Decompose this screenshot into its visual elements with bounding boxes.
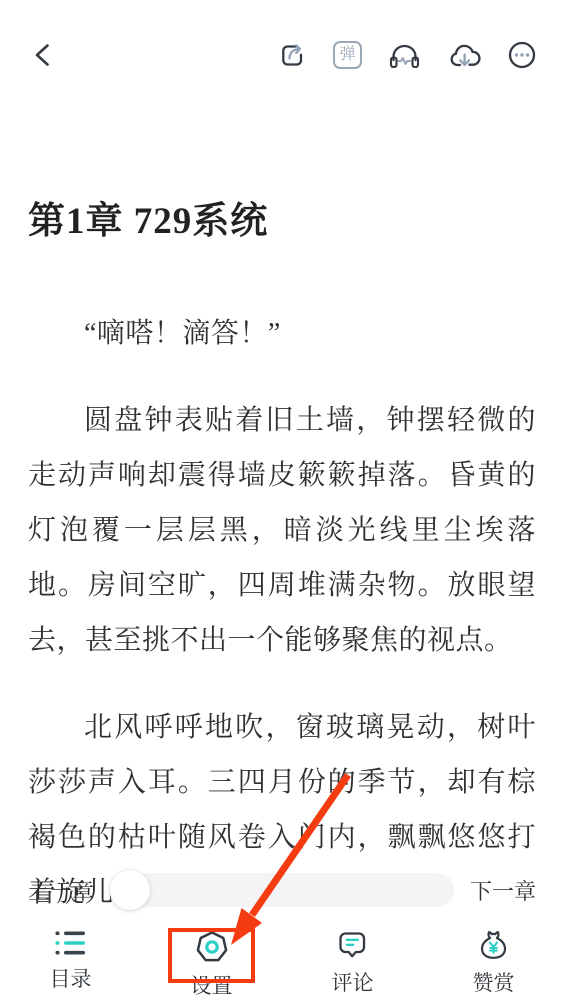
download-button[interactable]	[447, 40, 482, 71]
download-cloud-icon	[447, 40, 482, 71]
top-toolbar: 弹	[0, 34, 564, 76]
nav-label-reward: 赞赏	[473, 967, 515, 997]
chapter-title: 第1章 729系统	[28, 190, 536, 244]
more-ellipsis-icon	[506, 39, 538, 71]
toc-list-icon	[54, 930, 88, 957]
nav-item-settings[interactable]: 设置	[141, 922, 282, 996]
slider-thumb[interactable]	[110, 870, 150, 910]
comments-bubble-icon	[336, 930, 369, 961]
toolbar-actions: 弹	[276, 39, 538, 72]
nav-label-comments: 评论	[332, 967, 374, 997]
reader-content: 第1章 729系统 “嘀嗒！滴答！” 圆盘钟表贴着旧土墙，钟摆轻微的走动声响却震…	[28, 190, 536, 952]
listen-button[interactable]	[386, 39, 423, 71]
share-button[interactable]	[276, 39, 309, 72]
more-button[interactable]	[506, 39, 538, 71]
listen-headphones-icon	[386, 39, 423, 71]
share-icon	[276, 39, 309, 72]
nav-item-toc[interactable]: 目录	[0, 922, 141, 996]
paragraph: “嘀嗒！滴答！”	[28, 306, 536, 361]
reward-moneybag-icon	[477, 930, 510, 961]
progress-slider[interactable]	[110, 873, 454, 907]
bottom-nav-bar: 目录 设置 评论	[0, 922, 564, 996]
next-chapter-button[interactable]: 下一章	[470, 875, 536, 906]
danmaku-toggle-icon: 弹	[333, 41, 362, 69]
settings-gear-icon	[195, 930, 229, 964]
nav-item-comments[interactable]: 评论	[282, 922, 423, 996]
prev-chapter-button[interactable]: 上一章	[28, 875, 94, 906]
back-icon	[30, 41, 56, 69]
chapter-nav-bar: 上一章 下一章	[28, 866, 536, 914]
chapter-body: “嘀嗒！滴答！” 圆盘钟表贴着旧土墙，钟摆轻微的走动声响却震得墙皮簌簌掉落。昏黄…	[28, 306, 536, 920]
danmaku-toggle[interactable]: 弹	[333, 41, 362, 69]
paragraph: 圆盘钟表贴着旧土墙，钟摆轻微的走动声响却震得墙皮簌簌掉落。昏黄的灯泡覆一层层黑，…	[28, 393, 536, 668]
reader-page: 弹	[0, 0, 564, 1002]
back-button[interactable]	[30, 41, 56, 69]
nav-item-reward[interactable]: 赞赏	[423, 922, 564, 996]
nav-label-settings: 设置	[191, 970, 233, 1000]
nav-label-toc: 目录	[50, 963, 92, 993]
